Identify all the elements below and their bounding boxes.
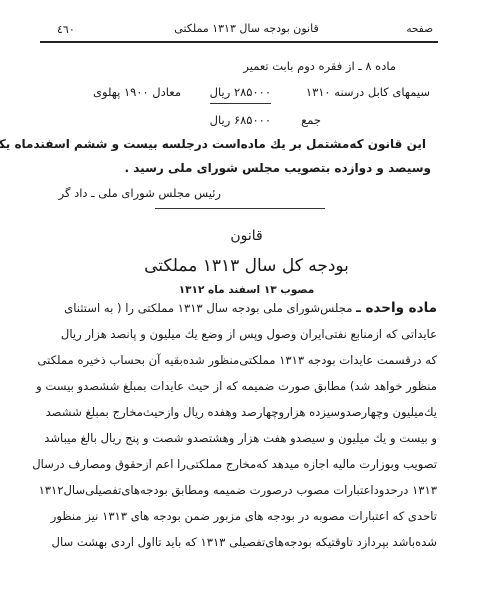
article-line-6: و بیست و یك میلیون و سیصدو هفت هزار وهشت… — [44, 431, 437, 445]
article8-item-equiv: معادل ۱۹۰۰ پهلوی — [93, 85, 181, 99]
document-page: ٤٦٠ قانون بودجه سال ۱۳۱۳ مملکتی صفحه ماد… — [0, 0, 493, 598]
article8-item-amount: ۲۸۵۰۰۰ ریال — [210, 85, 271, 104]
approval-line-1: این قانون که‌مشتمل بر یك ماده‌است درجلسه… — [0, 137, 426, 151]
approval-line-2: وسیصد و دوازده بتصویب مجلس شورای ملی رسی… — [125, 161, 432, 175]
section-separator — [155, 208, 325, 209]
header-rule — [40, 41, 438, 43]
article8-item-desc: سیمهای کابل درسنه ۱۳۱۰ — [306, 85, 430, 99]
article8-title: ماده ۸ ـ از فقره دوم بابت تعمیر — [243, 59, 396, 73]
article-line-9: تاحدی که اعتبارات مصوبه در بودجه های مزب… — [51, 509, 437, 523]
law-heading: قانون — [0, 228, 493, 244]
law-approval-date: مصوب ۱۳ اسفند ماه ۱۳۱۲ — [0, 284, 493, 296]
article8-total-amount: ۶۸۵۰۰۰ ریال — [210, 113, 271, 127]
article-line-8: ۱۳۱۳ درحدوداعتبارات مصوب درصورت ضمیمه وم… — [39, 483, 437, 497]
law-title: بودجه کل سال ۱۳۱۳ مملکتی — [0, 256, 493, 276]
article-line-1: ماده واحده ـ مجلس‌شورای ملی بودجه سال ۱۳… — [64, 300, 437, 316]
article-label: ماده واحده ـ — [356, 300, 437, 316]
article-line-2: عایداتی که ازمنابع نفتی‌ایران وصول وپس ا… — [61, 327, 437, 341]
page-label: صفحه — [406, 23, 433, 35]
article-line-5: یك‌میلیون وچهارصدوسیزده هزاروچهارصد وهفد… — [46, 405, 437, 419]
article-line-7: تصویب وبوزارت مالیه اجازه میدهد که‌مخارج… — [32, 457, 437, 471]
article-line-3: که درقسمت عایدات بودجه ۱۳۱۳ مملکتی‌منظور… — [37, 353, 437, 367]
article-line-4: منظور خواهد شد) مطابق صورت ضمیمه که از ح… — [36, 379, 437, 393]
article-text: مجلس‌شورای ملی بودجه سال ۱۳۱۳ مملکتی را … — [64, 301, 352, 315]
article-line-10: شده‌باشد بپردازد تاوقتیکه بودجه‌های‌تفصی… — [52, 535, 437, 549]
article8-total-label: جمع — [301, 113, 321, 127]
signature: رئیس مجلس شورای ملی ـ داد گر — [59, 186, 221, 200]
